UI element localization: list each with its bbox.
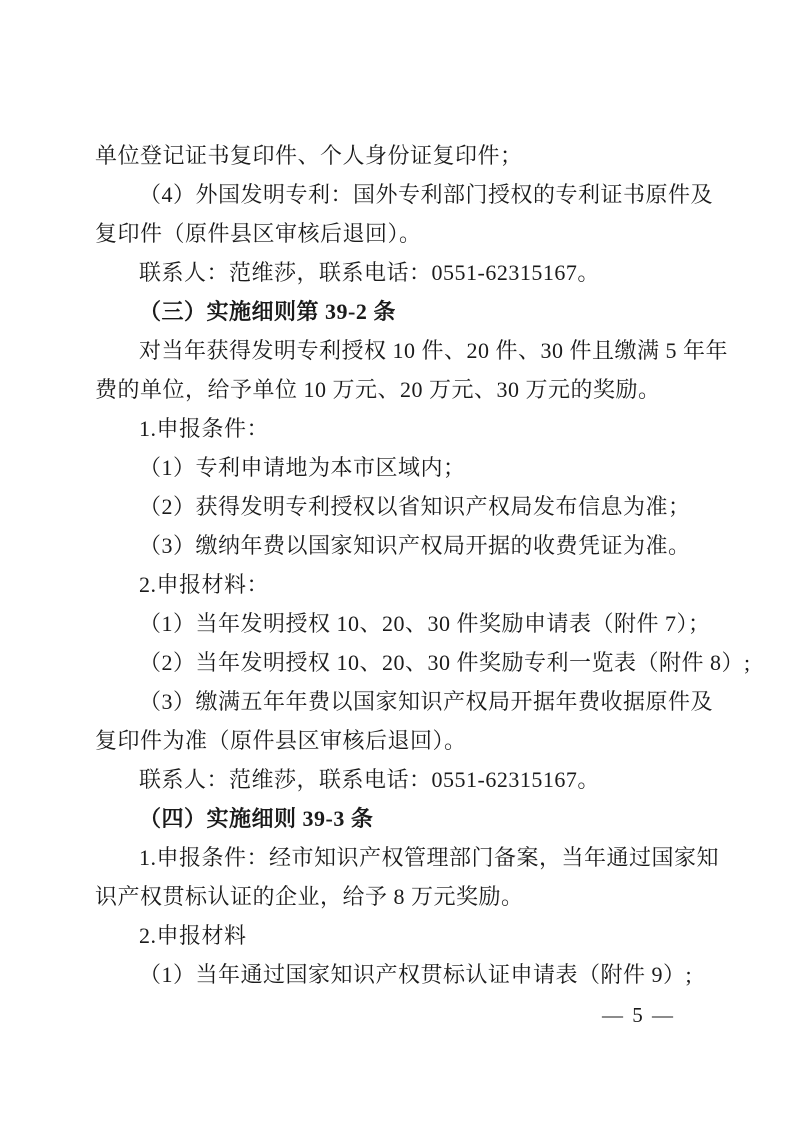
text-line: 2.申报材料： [95,565,709,604]
text-line: 复印件（原件县区审核后退回）。 [95,214,709,253]
text-line: （2）当年发明授权 10、20、30 件奖励专利一览表（附件 8）; [95,643,709,682]
text-line: 对当年获得发明专利授权 10 件、20 件、30 件且缴满 5 年年 [95,331,709,370]
text-line: （4）外国发明专利：国外专利部门授权的专利证书原件及 [95,175,709,214]
text-line: 复印件为准（原件县区审核后退回）。 [95,721,709,760]
text-line: 联系人：范维莎，联系电话：0551-62315167。 [95,760,709,799]
section-heading-line: （四）实施细则 39-3 条 [95,799,709,838]
text-line: （3）缴满五年年费以国家知识产权局开据年费收据原件及 [95,682,709,721]
text-line: 费的单位，给予单位 10 万元、20 万元、30 万元的奖励。 [95,370,709,409]
text-line: 单位登记证书复印件、个人身份证复印件； [95,136,709,175]
text-line: （1）当年通过国家知识产权贯标认证申请表（附件 9）; [95,955,709,994]
section-heading-line: （三）实施细则第 39-2 条 [95,292,709,331]
text-line: 1.申报条件： [95,409,709,448]
page-number: — 5 — [602,1000,675,1030]
text-line: 识产权贯标认证的企业，给予 8 万元奖励。 [95,877,709,916]
text-line: 1.申报条件：经市知识产权管理部门备案，当年通过国家知 [95,838,709,877]
document-body: 单位登记证书复印件、个人身份证复印件；（4）外国发明专利：国外专利部门授权的专利… [95,136,709,994]
text-line: （2）获得发明专利授权以省知识产权局发布信息为准； [95,487,709,526]
text-line: 联系人：范维莎，联系电话：0551-62315167。 [95,253,709,292]
text-line: （1）专利申请地为本市区域内； [95,448,709,487]
text-line: 2.申报材料 [95,916,709,955]
text-line: （1）当年发明授权 10、20、30 件奖励申请表（附件 7）； [95,604,709,643]
text-line: （3）缴纳年费以国家知识产权局开据的收费凭证为准。 [95,526,709,565]
document-page: 单位登记证书复印件、个人身份证复印件；（4）外国发明专利：国外专利部门授权的专利… [0,0,793,1122]
